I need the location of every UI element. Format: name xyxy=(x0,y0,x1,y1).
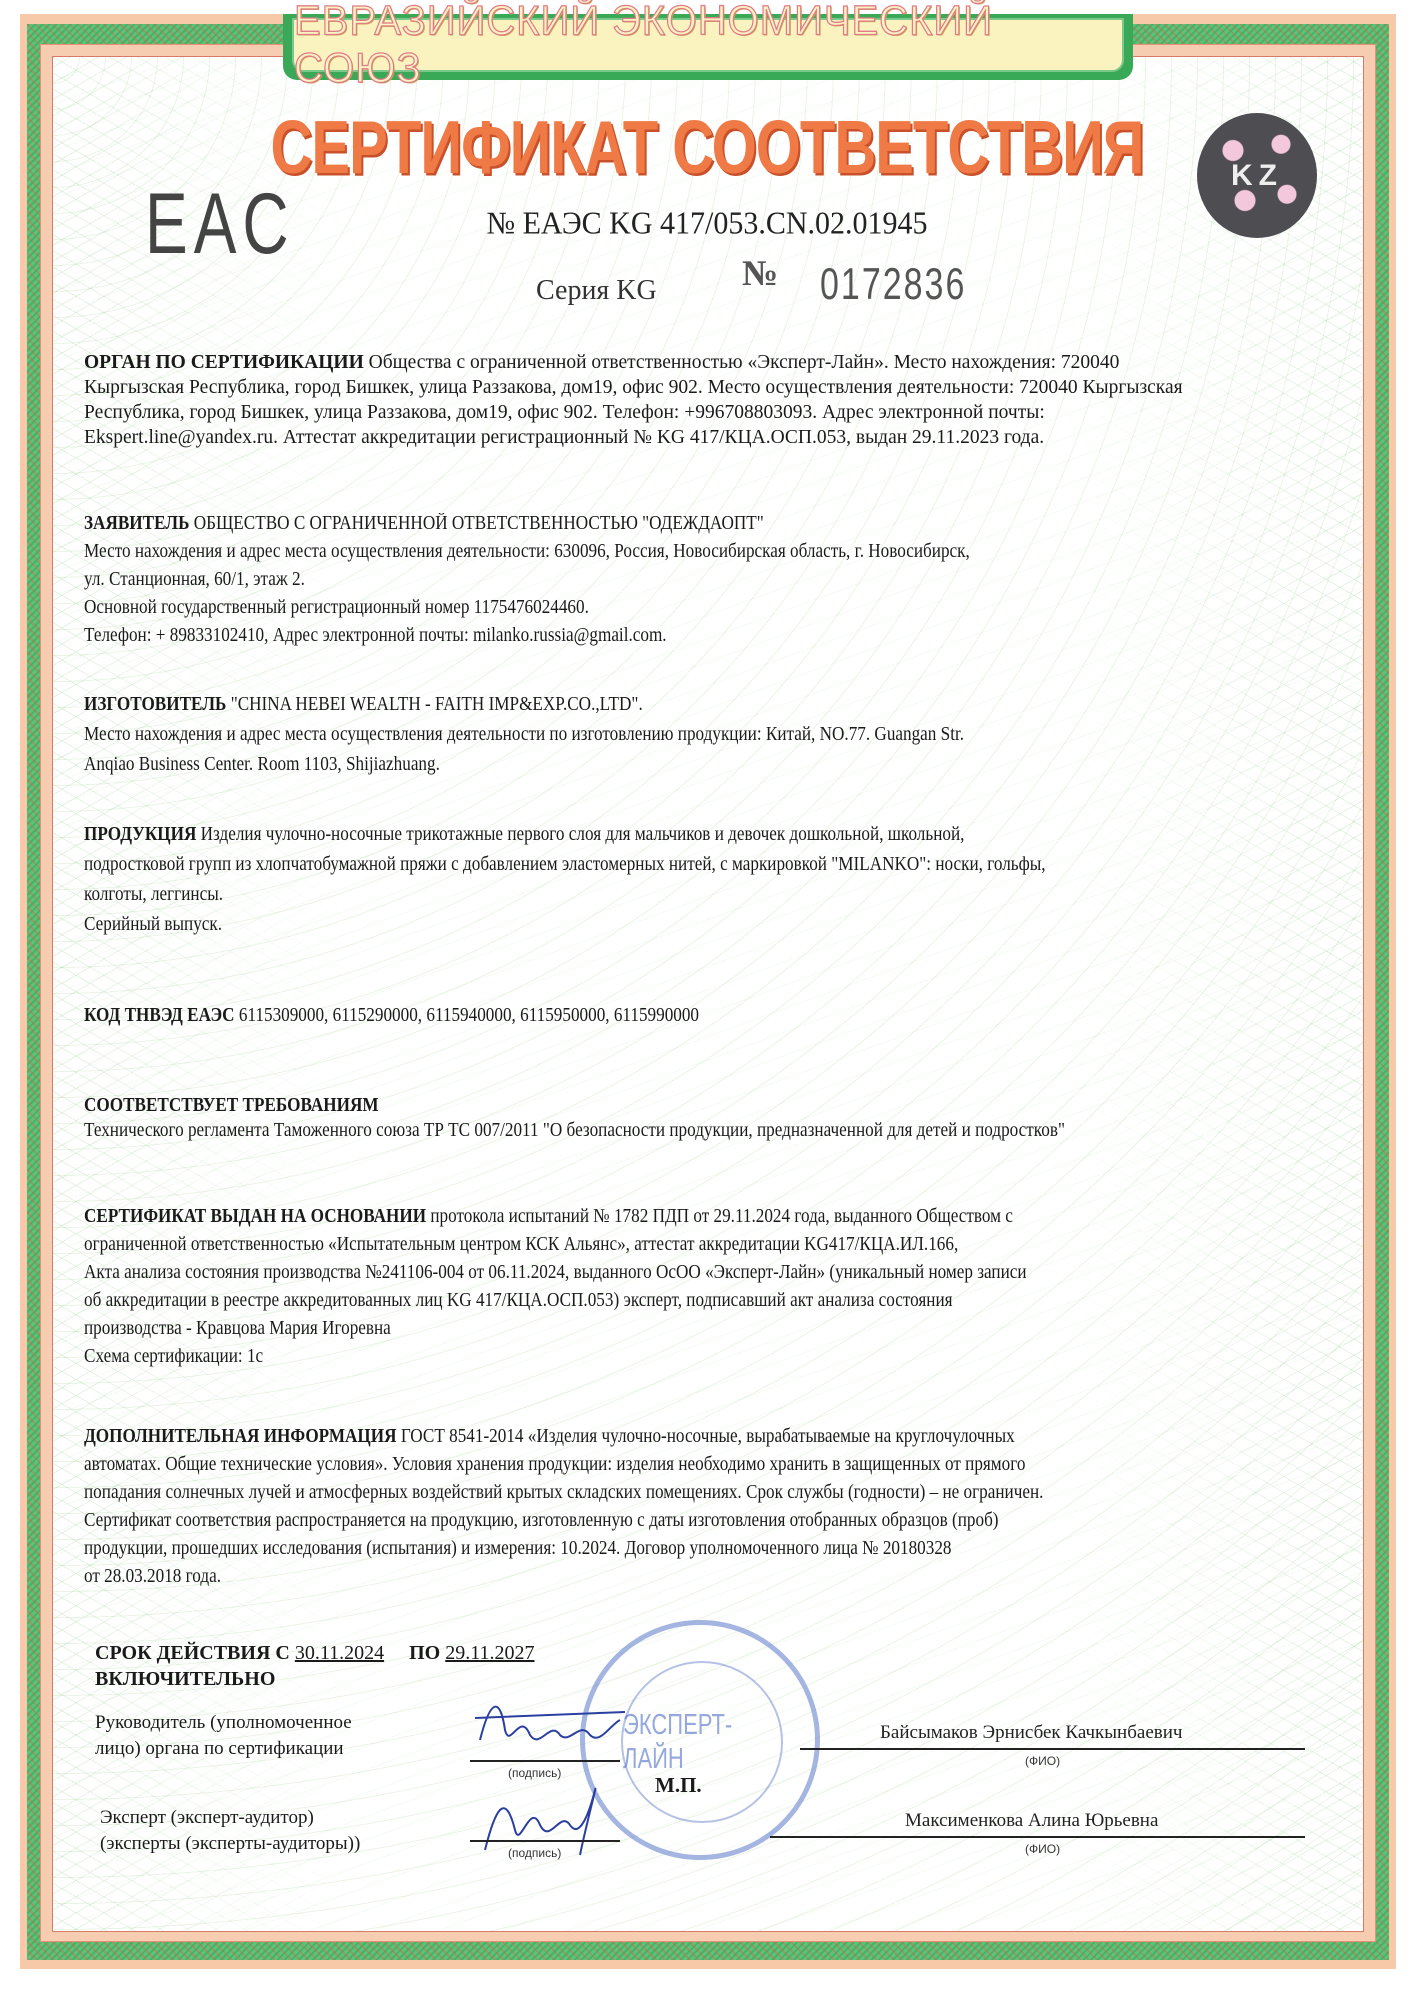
union-banner-text: ЕВРАЗИЙСКИЙ ЭКОНОМИЧЕСКИЙ СОЮЗ xyxy=(294,0,1122,92)
union-banner: ЕВРАЗИЙСКИЙ ЭКОНОМИЧЕСКИЙ СОЮЗ xyxy=(292,18,1124,72)
section-additional-info: ДОПОЛНИТЕЛЬНАЯ ИНФОРМАЦИЯ ГОСТ 8541-2014… xyxy=(84,1423,1342,1591)
section-issued-basis: СЕРТИФИКАТ ВЫДАН НА ОСНОВАНИИ протокола … xyxy=(84,1203,1342,1371)
expert-signature-line xyxy=(470,1840,620,1842)
series-number-sign: № xyxy=(742,252,780,294)
section-header: СООТВЕТСТВУЕТ ТРЕБОВАНИЯМ xyxy=(84,1093,1342,1118)
fio-caption: (ФИО) xyxy=(1025,1842,1060,1856)
section-manufacturer: ИЗГОТОВИТЕЛЬ "CHINA HEBEI WEALTH - FAITH… xyxy=(84,690,1342,780)
section-header: ИЗГОТОВИТЕЛЬ xyxy=(84,694,226,715)
expert-name-line xyxy=(770,1836,1305,1838)
section-header: ПРОДУКЦИЯ xyxy=(84,824,196,845)
section-header: СЕРТИФИКАТ ВЫДАН НА ОСНОВАНИИ xyxy=(84,1206,426,1227)
signature-caption: (подпись) xyxy=(508,1846,561,1860)
valid-from-date: 30.11.2024 xyxy=(295,1642,384,1664)
section-certification-body: ОРГАН ПО СЕРТИФИКАЦИИ Общества с огранич… xyxy=(84,350,1344,450)
stamp-text: ЭКСПЕРТ-ЛАЙН xyxy=(623,1708,781,1776)
section-applicant: ЗАЯВИТЕЛЬ ОБЩЕСТВО С ОГРАНИЧЕННОЙ ОТВЕТС… xyxy=(84,510,1342,650)
expert-role-label: Эксперт (эксперт-аудитор) (эксперты (экс… xyxy=(100,1805,360,1857)
section-header: ОРГАН ПО СЕРТИФИКАЦИИ xyxy=(84,352,364,373)
series-label: Серия KG xyxy=(536,275,657,307)
section-tnved-code: КОД ТНВЭД ЕАЭС 6115309000, 6115290000, 6… xyxy=(84,1003,1342,1028)
expert-full-name: Максименкова Алина Юрьевна xyxy=(905,1810,1158,1832)
head-full-name: Байсымаков Эрнисбек Качкынбаевич xyxy=(880,1722,1182,1744)
section-header: ЗАЯВИТЕЛЬ xyxy=(84,513,189,534)
section-header: КОД ТНВЭД ЕАЭС xyxy=(84,1005,235,1026)
registration-number: № ЕАЭС KG 417/053.CN.02.01945 xyxy=(0,206,1414,242)
series-number: 0172836 xyxy=(820,260,966,311)
head-role-label: Руководитель (уполномоченное лицо) орган… xyxy=(95,1710,352,1762)
validity-period: СРОК ДЕЙСТВИЯ С 30.11.2024 ПО 29.11.2027… xyxy=(95,1640,534,1692)
head-name-line xyxy=(800,1748,1305,1750)
seal-place-mark: М.П. xyxy=(655,1773,702,1798)
valid-to-date: 29.11.2027 xyxy=(445,1642,534,1664)
fio-caption: (ФИО) xyxy=(1025,1754,1060,1768)
head-signature-line xyxy=(470,1760,620,1762)
section-requirements: СООТВЕТСТВУЕТ ТРЕБОВАНИЯМ Технического р… xyxy=(84,1093,1342,1143)
section-product: ПРОДУКЦИЯ Изделия чулочно-носочные трико… xyxy=(84,820,1342,940)
section-header: ДОПОЛНИТЕЛЬНАЯ ИНФОРМАЦИЯ xyxy=(84,1426,397,1447)
head-signature-icon xyxy=(470,1690,630,1760)
